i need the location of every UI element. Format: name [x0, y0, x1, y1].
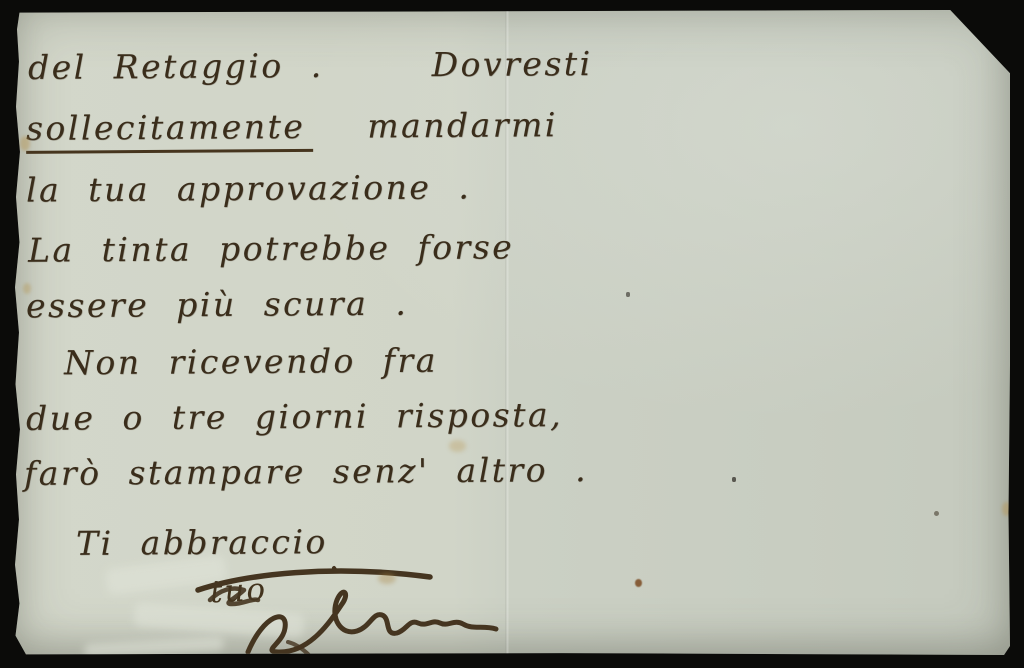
letter-line-rest: mandarmi	[313, 105, 558, 146]
foxing-stain	[1002, 502, 1011, 516]
foxing-stain	[378, 573, 396, 584]
photo-background: del Retaggio . Dovresti sollecitamente m…	[0, 0, 1024, 668]
letter-line: farò stampare senz' altro .	[24, 450, 588, 493]
underlined-word: sollecitamente	[26, 107, 314, 154]
foxing-stain	[635, 579, 642, 587]
foxing-stain	[23, 283, 31, 294]
signature-flourish	[192, 560, 512, 660]
letter-line: del Retaggio . Dovresti	[28, 44, 593, 87]
ink-speck	[732, 477, 736, 482]
letter-line: essere più scura .	[26, 284, 409, 326]
letter-line: due o tre giorni risposta,	[26, 395, 563, 438]
foxing-stain	[20, 136, 30, 151]
letter-page: del Retaggio . Dovresti sollecitamente m…	[14, 10, 1010, 655]
letter-line: la tua approvazione .	[26, 167, 472, 209]
letter-line: sollecitamente mandarmi	[26, 105, 558, 148]
foxing-stain	[449, 440, 466, 452]
ink-speck	[934, 511, 939, 516]
letter-line: Non ricevendo fra	[64, 341, 438, 383]
letter-line: Ti abbraccio	[76, 522, 328, 563]
ink-speck	[626, 292, 630, 297]
letter-line: La tinta potrebbe forse	[28, 227, 514, 269]
